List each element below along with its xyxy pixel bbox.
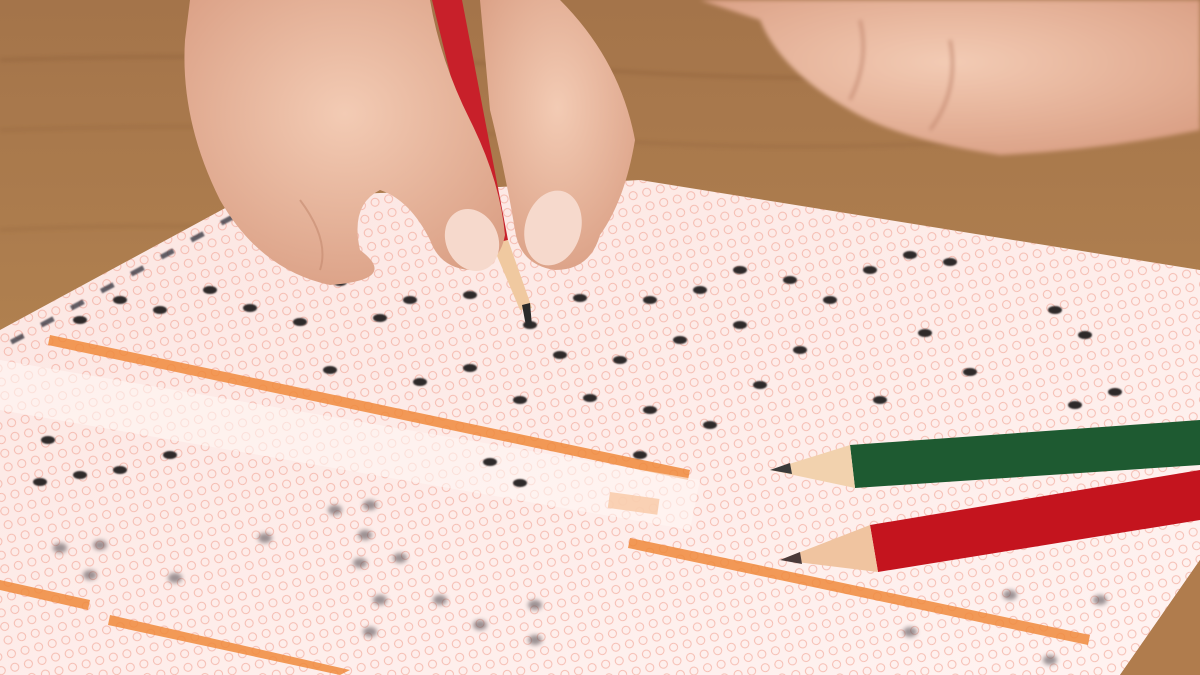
answer-sheet <box>0 180 1200 675</box>
scene-illustration <box>0 0 1200 675</box>
photo-scene <box>0 0 1200 675</box>
